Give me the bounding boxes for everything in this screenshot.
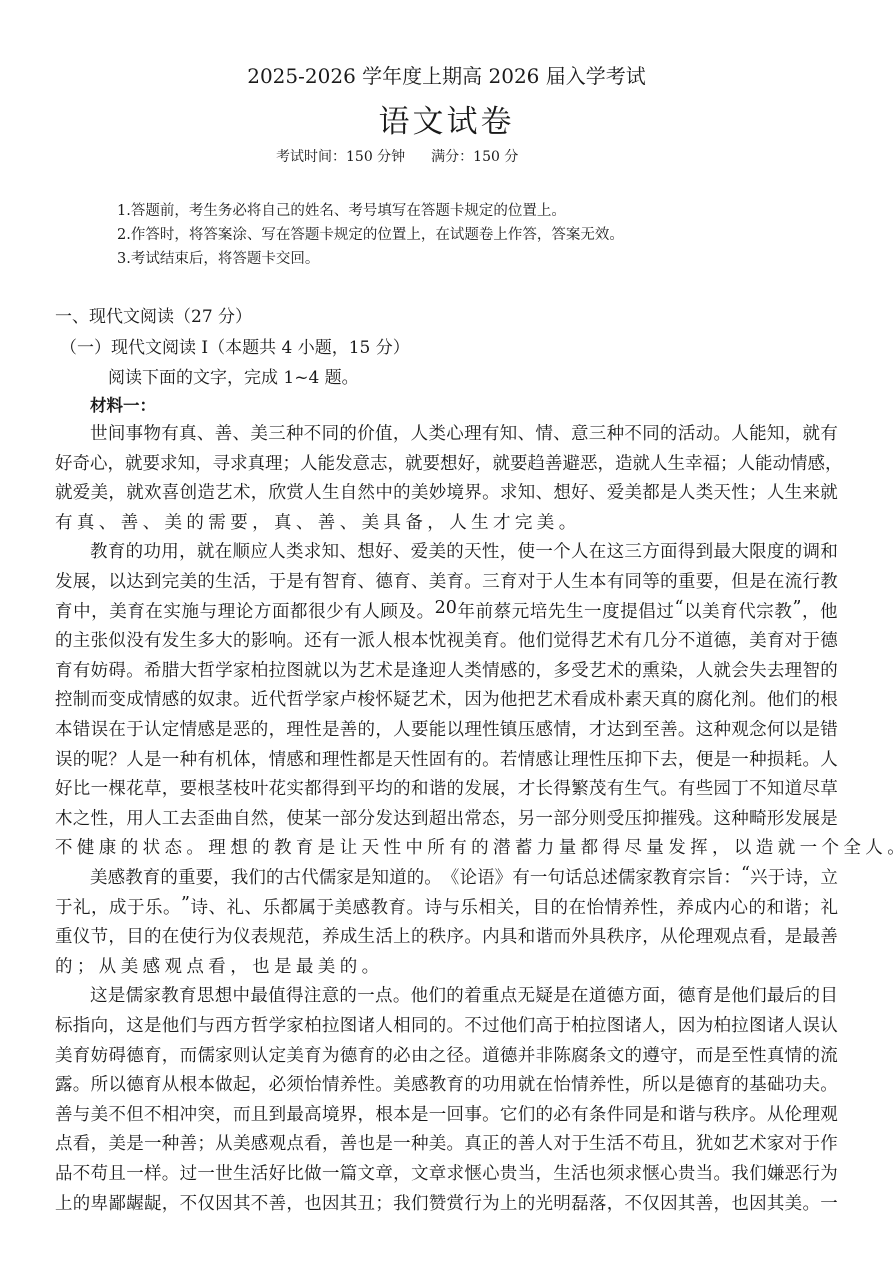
passage-line: 好奇心，就要求知，寻求真理；人能发意志，就要想好，就要趋善避恶，造就人生幸福；人… <box>55 450 838 475</box>
passage-line: 有真、善、美的需要，真、善、美具备，人生才完美。 <box>55 509 838 534</box>
passage-line: 上的卑鄙龌龊，不仅因其不善，也因其丑；我们赞赏行为上的光明磊落，不仅因其善，也因… <box>55 1190 838 1215</box>
passage-line: 美感教育的重要，我们的古代儒家是知道的。《论语》有一句话总述儒家教育宗旨：“兴于… <box>90 864 838 889</box>
material-label: 材料一： <box>90 392 156 416</box>
passage-line: 木之性，用人工去歪曲自然，使某一部分发达到超出常态，另一部分则受压抑摧残。这种畸… <box>55 805 838 830</box>
passage-line: 育有妨碍。希腊大哲学家柏拉图就以为艺术是逢迎人类情感的，多受艺术的熏染，人就会失… <box>55 657 838 682</box>
passage-line: 就爱美，就欢喜创造艺术，欣赏人生自然中的美妙境界。求知、想好、爱美都是人类天性；… <box>55 479 838 504</box>
passage-line: 的主张似没有发生多大的影响。还有一派人根本忱视美育。他们觉得艺术有几分不道德，美… <box>55 627 838 652</box>
passage-line: 发展，以达到完美的生活，于是有智育、德育、美育。三育对于人生本有同等的重要，但是… <box>55 568 838 593</box>
passage-line: 于礼，成于乐。”诗、礼、乐都属于美感教育。诗与乐相关，目的在怡情养性，养成内心的… <box>55 894 838 919</box>
passage-line: 教育的功用，就在顺应人类求知、想好、爱美的天性，使一个人在这三方面得到最大限度的… <box>90 538 838 563</box>
subject-title: 语文试卷 <box>0 96 893 141</box>
passage-line: 世间事物有真、善、美三种不同的价值，人类心理有知、情、意三种不同的活动。人能知，… <box>90 420 838 445</box>
passage-line: 重仪节，目的在使行为仪表规范，养成生活上的秩序。内具和谐而外具秩序，从伦理观点看… <box>55 923 838 948</box>
subsection-heading: （一）现代文阅读 I（本题共 4 小题，15 分） <box>60 333 410 358</box>
passage-line: 标指向，这是他们与西方哲学家柏拉图诸人相同的。不过他们高于柏拉图诸人，因为柏拉图… <box>55 1012 838 1037</box>
instruction-3: 3.考试结束后，将答题卡交回。 <box>117 247 319 268</box>
passage-line: 本错误在于认定情感是恶的，理性是善的，人要能以理性镇压感情，才达到至善。这种观念… <box>55 716 838 741</box>
passage-line: 的；从美感观点看，也是最美的。 <box>55 953 838 978</box>
reading-instruction: 阅读下面的文字，完成 1~4 题。 <box>108 363 359 388</box>
passage-line: 品不苟且一样。过一世生活好比做一篇文章，文章求惬心贵当，生活也须求惬心贵当。我们… <box>55 1160 838 1185</box>
passage-line: 善与美不但不相冲突，而且到最高境界，根本是一回事。它们的必有条件同是和谐与秩序。… <box>55 1101 838 1126</box>
full-score: 满分：150 分 <box>431 149 518 165</box>
exam-meta: 考试时间：150 分钟满分：150 分 <box>276 146 518 166</box>
passage-line: 误的呢？人是一种有机体，情感和理性都是天性固有的。若情感让理性压抑下去，便是一种… <box>55 746 838 771</box>
passage-line: 点看，美是一种善；从美感观点看，善也是一种美。真正的善人对于生活不苟且，犹如艺术… <box>55 1130 838 1155</box>
passage-line: 控制而变成情感的奴隶。近代哲学家卢梭怀疑艺术，因为他把艺术看成朴素天真的腐化剂。… <box>55 686 838 711</box>
passage-line: 不健康的状态。理想的教育是让天性中所有的潜蓄力量都得尽量发挥，以造就一个全人。 <box>55 834 838 859</box>
passage-line: 美育妨碍德育，而儒家则认定美育为德育的必由之径。道德并非陈腐条文的遵守，而是至性… <box>55 1042 838 1067</box>
instruction-2: 2.作答时，将答案涂、写在答题卡规定的位置上，在试题卷上作答，答案无效。 <box>117 223 624 244</box>
passage-line: 这是儒家教育思想中最值得注意的一点。他们的着重点无疑是在道德方面，德育是他们最后… <box>90 982 838 1007</box>
instruction-1: 1.答题前，考生务必将自己的姓名、考号填写在答题卡规定的位置上。 <box>117 199 566 220</box>
exam-duration: 考试时间：150 分钟 <box>276 149 405 165</box>
passage-line: 好比一棵花草，要根茎枝叶花实都得到平均的和谐的发展，才长得繁茂有生气。有些园丁不… <box>55 775 838 800</box>
exam-title: 2025-2026 学年度上期高 2026 届入学考试 <box>0 60 893 89</box>
section-heading: 一、现代文阅读（27 分） <box>55 302 252 327</box>
passage-line: 育中，美育在实施与理论方面都很少有人顾及。20年前蔡元培先生一度提倡过“以美育代… <box>55 598 838 623</box>
passage-line: 露。所以德育从根本做起，必须怡情养性。美感教育的功用就在怡情养性，所以是德育的基… <box>55 1071 838 1096</box>
